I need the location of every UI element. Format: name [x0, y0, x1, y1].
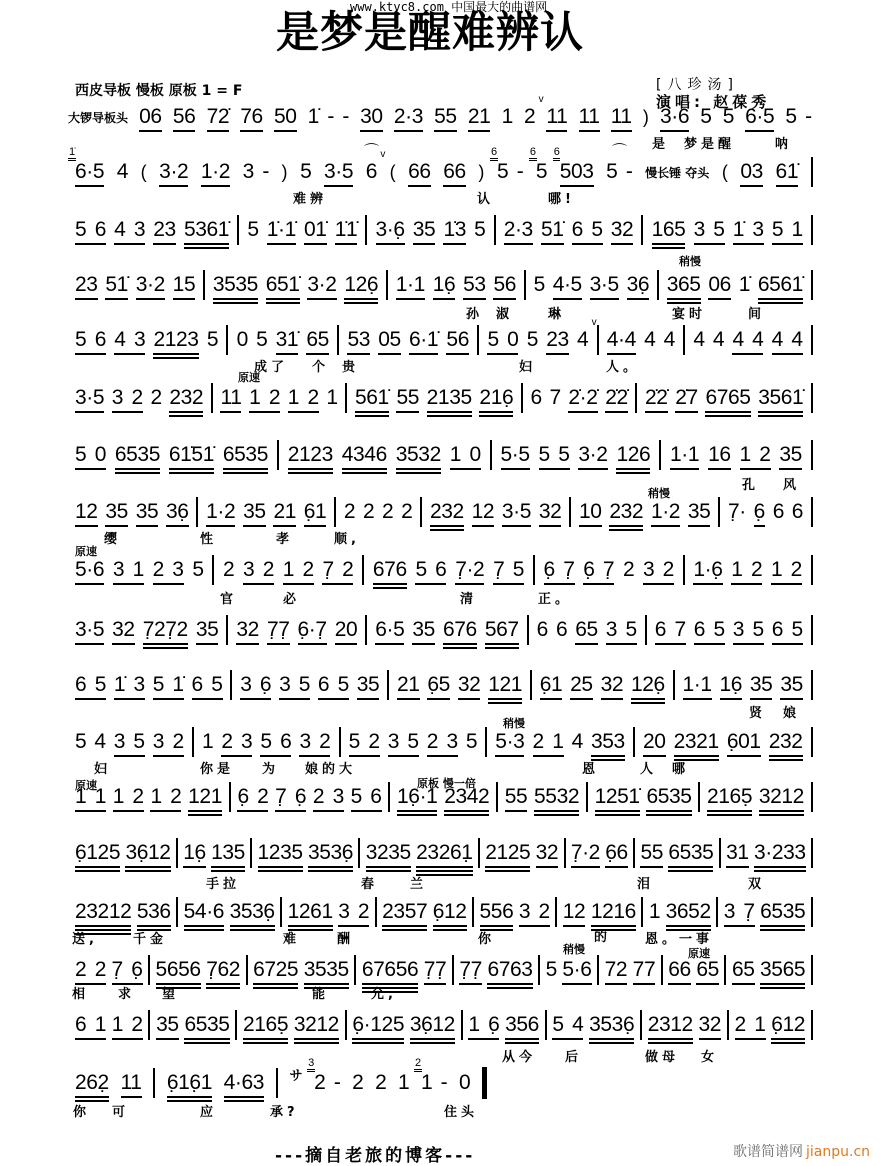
- grace-note: 3: [307, 1058, 315, 1072]
- note-text: 676: [373, 558, 407, 581]
- note-group: 6̣1: [540, 673, 563, 698]
- note-text: 6̣: [754, 500, 765, 523]
- note-group: 126: [616, 443, 650, 468]
- note-group: 7̣ 6̣: [275, 785, 306, 810]
- note-group: 1 2: [771, 558, 802, 583]
- note-group: 23212: [75, 900, 131, 925]
- note-group: 32: [236, 618, 259, 643]
- note-text: 6̣12: [433, 900, 467, 923]
- note-text: 1̇·1̇: [267, 218, 296, 241]
- note-text: 5: [536, 160, 547, 183]
- note-group: 3 5: [733, 618, 764, 643]
- note-text: 3·2: [307, 273, 336, 296]
- note-group: 5: [300, 160, 311, 185]
- note-text: 6 5: [318, 673, 349, 696]
- lyric-syllable: 是: [652, 137, 669, 153]
- note-group: 6̣1: [304, 500, 327, 525]
- staff-line-2: 6·51̇4(3·21·23 -)53·56⌒v(6666)5 -6565036…: [75, 156, 813, 188]
- staff-line-11: 6 51̇ 35 1̇6 53 6̣3 56 535216̣5321216̣12…: [75, 669, 813, 701]
- note-group: 7̣·: [728, 500, 746, 525]
- note-group: 32: [611, 218, 634, 243]
- note-group: 65: [306, 328, 329, 353]
- note-text: 50: [274, 105, 297, 128]
- note-text: 6: [366, 160, 377, 183]
- bar-line: [211, 383, 213, 413]
- note-group: 2357: [382, 900, 427, 925]
- note-group: 6̣6: [605, 841, 628, 866]
- note-group: 6: [531, 386, 542, 411]
- note-text: 2 3: [153, 558, 184, 581]
- staff-line-5: 5 64 3212350531̇6553056·1̇565 05234v4·44…: [75, 324, 813, 356]
- note-group: 3536̣: [230, 900, 275, 925]
- lyric-syllable: 哪: [672, 762, 689, 778]
- note-group: 1: [326, 386, 337, 411]
- note-text: 503: [560, 160, 594, 183]
- note-text: 35: [196, 618, 219, 641]
- note-text: 6̣·7̣: [298, 618, 327, 641]
- note-group: 561̇: [355, 386, 389, 411]
- note-group: 6725: [253, 958, 298, 983]
- note-text: 4: [94, 730, 105, 753]
- bar-line: [148, 1010, 150, 1040]
- note-group: 6·1̇: [409, 328, 438, 353]
- note-text: 4: [577, 328, 588, 351]
- note-group: 25: [570, 673, 593, 698]
- note-group: 51̇: [105, 273, 128, 298]
- note-group: 65: [732, 958, 755, 983]
- note-text: 1̇ - -: [308, 105, 349, 128]
- grace-note: 1̇: [68, 147, 76, 161]
- note-group: 7̣·2: [571, 841, 600, 866]
- note-text: 61̇51̇: [169, 443, 214, 466]
- note-text: 15: [173, 273, 196, 296]
- note-text: 5 1̇: [153, 673, 184, 696]
- note-text: 6·5: [75, 160, 104, 183]
- bar-line: [494, 215, 496, 245]
- lyric-syllable: 人。: [606, 360, 640, 376]
- note-group: 2165̣: [243, 1013, 288, 1038]
- tempo-key-signature: 西皮导板 慢板 原板 1 = F: [75, 80, 242, 100]
- note-text: 3 5: [733, 618, 764, 641]
- note-group: 67656: [362, 958, 418, 983]
- bar-line: [192, 727, 194, 757]
- lyric-syllable: 相: [72, 987, 89, 1003]
- note-text: 2̇2̇: [605, 386, 628, 409]
- note-text: 5: [256, 328, 267, 351]
- note-text: 11: [579, 105, 600, 128]
- note-text: 6 7: [655, 618, 686, 641]
- note-group: 6: [537, 618, 548, 643]
- note-text: 4 3: [114, 218, 145, 241]
- bar-line: [229, 782, 231, 812]
- note-group: 3 2: [338, 900, 369, 925]
- note-group: 3·5: [75, 618, 104, 643]
- note-text: 56: [173, 105, 196, 128]
- note-text: 3536̣: [230, 900, 275, 923]
- note-text: 6535: [760, 900, 805, 923]
- note-text: 5: [534, 273, 545, 296]
- note-text: 16̣: [183, 841, 206, 864]
- note-text: 5: [192, 558, 203, 581]
- note-text: 1·1: [683, 673, 712, 696]
- lyrics-row-18: 你可应承?住头: [0, 1105, 882, 1123]
- note-text: 3 2: [643, 558, 674, 581]
- note-group: 3·5: [590, 273, 619, 298]
- note-group: 7̣27̣2: [143, 618, 188, 643]
- note-text: 1: [649, 900, 660, 923]
- note-text: 5 4: [552, 1013, 583, 1036]
- note-group: 6̣12: [433, 900, 467, 925]
- note-group: 12: [472, 500, 495, 525]
- note-group: 5: [546, 958, 557, 983]
- bar-line: [659, 440, 661, 470]
- note-text: 6·5: [745, 105, 774, 128]
- note-text: 5 6: [75, 328, 106, 351]
- note-group: 5532: [534, 785, 579, 810]
- lyric-syllable: 你: [73, 1105, 90, 1121]
- note-group: 165: [652, 218, 686, 243]
- note-group: 2 3: [153, 558, 184, 583]
- note-group: 2: [344, 500, 355, 525]
- note-text: 5: [474, 218, 485, 241]
- note-group: 50: [274, 105, 297, 130]
- lyrics-row-16: 相求望能允,: [0, 987, 882, 1005]
- bar-line: [276, 1068, 278, 1098]
- note-group: 6535: [115, 443, 160, 468]
- note-text: 21: [468, 105, 491, 128]
- note-group: 2312: [648, 1013, 693, 1038]
- note-text: 2321: [674, 730, 719, 753]
- note-group: 4: [693, 328, 704, 353]
- note-text: 3·5: [75, 386, 104, 409]
- note-text: 1 1: [75, 785, 106, 808]
- note-text: 6725: [253, 958, 298, 981]
- note-group: 4 3: [114, 218, 145, 243]
- note-group: 72: [605, 958, 628, 983]
- lyric-syllable: 兰: [410, 877, 427, 893]
- note-group: 6 5: [75, 673, 106, 698]
- note-text: 2 2: [75, 958, 106, 981]
- note-text: 6: [773, 500, 784, 523]
- note-text: 7̣ 5: [493, 558, 524, 581]
- bar-line: [461, 1010, 463, 1040]
- note-text: 121: [188, 785, 222, 808]
- note-group: 5·6: [75, 558, 104, 583]
- note-group: 5: [75, 730, 86, 755]
- note-text: 3235: [366, 841, 411, 864]
- lyric-syllable: 后: [565, 1050, 582, 1066]
- note-group: 2·3: [504, 218, 533, 243]
- bar-line: [811, 157, 813, 187]
- note-group: 2: [623, 558, 634, 583]
- note-text: 1 2: [112, 1013, 143, 1036]
- note-text: 31: [726, 841, 749, 864]
- note-group: 0: [237, 328, 248, 353]
- note-group: 6 5: [694, 618, 725, 643]
- note-group: 5 6: [415, 558, 446, 583]
- annotation: サ: [289, 1065, 302, 1084]
- note-text: 232: [169, 386, 203, 409]
- note-group: 121: [488, 673, 522, 698]
- note-text: 6̣ 2: [237, 785, 268, 808]
- note-text: 25: [570, 673, 593, 696]
- note-group: 1 2: [150, 785, 181, 810]
- note-text: 7̣·2: [571, 841, 600, 864]
- note-text: 135: [211, 841, 245, 864]
- bar-line: [727, 1010, 729, 1040]
- note-text: 66: [443, 160, 466, 183]
- note-group: 3535: [304, 958, 349, 983]
- note-group: 2: [150, 386, 161, 411]
- note-group: 3 5: [279, 673, 310, 698]
- note-group: 5 -6: [497, 160, 523, 185]
- note-text: 3·5: [502, 500, 531, 523]
- note-text: 5·3: [495, 730, 524, 753]
- bar-line: [640, 1010, 642, 1040]
- note-text: 4·4: [607, 328, 636, 351]
- lyric-syllable: 缨: [104, 532, 121, 548]
- note-group: 65: [696, 958, 719, 983]
- note-group: 30: [360, 105, 383, 130]
- lyric-syllable: 性: [200, 532, 217, 548]
- note-text: 35: [780, 673, 803, 696]
- bar-line: [698, 782, 700, 812]
- note-text: 3 5: [606, 618, 637, 641]
- note-text: 5: [207, 328, 218, 351]
- note-group: 5·5: [501, 443, 530, 468]
- note-group: 7̣62: [206, 958, 240, 983]
- lyric-syllable: 做母: [645, 1050, 679, 1066]
- note-group: 3532: [396, 443, 441, 468]
- note-group: 2 1: [735, 1013, 766, 1038]
- note-group: 1261: [288, 900, 333, 925]
- note-text: 36̣12: [125, 841, 170, 864]
- note-text: 1: [502, 105, 513, 128]
- bar-line: [153, 1068, 155, 1098]
- note-text: 3 2: [153, 730, 184, 753]
- note-text: 20: [643, 730, 666, 753]
- note-group: 3 2: [643, 558, 674, 583]
- note-text: 3 2: [338, 900, 369, 923]
- note-group: 56: [173, 105, 196, 130]
- note-text: 20: [335, 618, 358, 641]
- note-text: 72̇: [207, 105, 230, 128]
- annotation: 大锣导板头: [68, 109, 128, 126]
- note-text: 6765: [705, 386, 750, 409]
- note-group: 5 2: [349, 730, 380, 755]
- bar-line: [673, 670, 675, 700]
- note-group: 16̣·1: [397, 785, 437, 810]
- note-group: 72̇: [207, 105, 230, 130]
- note-group: 5 4: [552, 1013, 583, 1038]
- annotation: 慢长锤 夺头: [645, 164, 709, 181]
- note-group: 61̇51̇: [169, 443, 214, 468]
- staff-line-12: 543 53 212 35 63 25 23 52 355·32 1435320…: [75, 726, 813, 758]
- note-text: 3 7̣: [724, 900, 755, 923]
- note-group: 1 2: [740, 443, 771, 468]
- note-text: 1̇3: [443, 218, 466, 241]
- note-group: 4·5: [553, 273, 582, 298]
- note-text: 3·6̣: [376, 218, 405, 241]
- breath-mark-icon: v: [592, 318, 597, 328]
- bar-line: [811, 897, 813, 927]
- staff-line-16: 2 27̣ 6̣56567̣6267253535676567̣7̣7̣7̣676…: [75, 954, 813, 986]
- note-text: 6̣125: [75, 841, 120, 864]
- note-group: 65: [575, 618, 598, 643]
- note-group: 23: [75, 273, 98, 298]
- note-group: 232: [430, 500, 464, 525]
- note-text: 5 5: [539, 443, 570, 466]
- note-text: 6535: [668, 841, 713, 864]
- note-group: 6535: [668, 841, 713, 866]
- note-group: 6̣·7̣: [298, 618, 327, 643]
- lyric-syllable: 妇: [94, 762, 111, 778]
- note-text: 12: [75, 500, 98, 523]
- lyrics-row-17: 从今后做母女: [0, 1050, 882, 1068]
- note-text: 3 5: [114, 730, 145, 753]
- note-text: 1 -: [421, 1071, 447, 1094]
- note-group: 2̇2̇: [645, 386, 668, 411]
- note-group: 6: [773, 500, 784, 525]
- note-group: 2 1: [533, 730, 564, 755]
- note-text: 6: [792, 500, 803, 523]
- note-text: 7̣·2: [455, 558, 484, 581]
- note-group: 3·5: [324, 160, 353, 185]
- note-text: 1 6̣: [468, 1013, 499, 1036]
- note-group: 32: [601, 673, 624, 698]
- note-group: 3 2: [519, 900, 550, 925]
- note-group: 1·6̣: [693, 558, 722, 583]
- bar-line: [337, 325, 339, 355]
- bar-line: [641, 897, 643, 927]
- note-text: 6̣5: [427, 673, 450, 696]
- note-group: 4 4: [772, 328, 803, 353]
- note-group: 2125: [485, 841, 530, 866]
- bar-line: [496, 782, 498, 812]
- bar-line: [811, 727, 813, 757]
- fermata-icon: ⌒: [364, 144, 379, 159]
- note-group: 77: [633, 958, 656, 983]
- note-group: 7̣ 6̣: [112, 958, 143, 983]
- lyric-syllable: 泪: [637, 877, 654, 893]
- note-group: 21: [273, 500, 296, 525]
- note-text: 2125: [485, 841, 530, 864]
- note-group: 232: [769, 730, 803, 755]
- note-group: 3 2: [153, 730, 184, 755]
- note-group: 216̣: [479, 386, 513, 411]
- note-text: 3·5: [324, 160, 353, 183]
- lyric-syllable: 认: [477, 192, 494, 208]
- note-group: 3 2: [112, 386, 143, 411]
- note-text: 1·2: [201, 160, 230, 183]
- note-group: 35: [357, 673, 380, 698]
- note-text: 32: [112, 618, 135, 641]
- note-text: 1·2: [206, 500, 235, 523]
- note-text: 35: [243, 500, 266, 523]
- note-text: 1 2: [731, 558, 762, 581]
- note-text: 3 1: [113, 558, 144, 581]
- note-group: 5 -⌒: [606, 160, 632, 185]
- bar-line: [477, 325, 479, 355]
- note-group: 5: [700, 105, 711, 130]
- lyric-syllable: 顺,: [334, 532, 360, 548]
- note-text: 676: [443, 618, 477, 641]
- lyric-syllable: 女: [701, 1050, 718, 1066]
- lyric-syllable: 你: [478, 932, 495, 948]
- note-group: 567: [485, 618, 519, 643]
- note-group: 4: [117, 160, 128, 185]
- note-group: 356: [505, 1013, 539, 1038]
- note-group: 1·1: [683, 673, 712, 698]
- bar-line: [280, 897, 282, 927]
- grace-note: 6: [490, 147, 498, 161]
- note-text: 16: [708, 443, 731, 466]
- note-group: 232: [609, 500, 643, 525]
- note-text: 2·3: [394, 105, 423, 128]
- note-text: 65: [575, 618, 598, 641]
- bar-line: [597, 955, 599, 985]
- note-group: 32: [112, 618, 135, 643]
- note-text: 7̣7̣: [267, 618, 290, 641]
- note-text: 6 5: [192, 673, 223, 696]
- note-text: 4·5: [553, 273, 582, 296]
- note-text: 23: [546, 328, 569, 351]
- lyrics-row-5: 原速成了个贵妇人。: [0, 360, 882, 378]
- note-text: 5 -: [785, 105, 811, 128]
- note-group: 2 3: [313, 785, 344, 810]
- bar-line: [226, 615, 228, 645]
- note-group: 1̇1̇: [335, 218, 358, 243]
- note-text: 5 0: [75, 443, 106, 466]
- note-group: 6·5: [745, 105, 774, 130]
- note-group: 6 5: [318, 673, 349, 698]
- note-group: 6 7: [655, 618, 686, 643]
- lyric-syllable: 孙: [466, 307, 483, 323]
- note-text: 2: [375, 1071, 386, 1094]
- note-text: 6: [556, 618, 567, 641]
- bar-line: [334, 497, 336, 527]
- note-group: 55: [505, 785, 528, 810]
- lyric-syllable: 成了: [254, 360, 288, 376]
- bar-line: [683, 555, 685, 585]
- lyric-syllable: 琳: [548, 307, 565, 323]
- note-group: 262̣: [75, 1071, 109, 1096]
- note-text: 3 -: [243, 160, 269, 183]
- note-text: 65: [732, 958, 755, 981]
- note-group: 3 6̣: [240, 673, 271, 698]
- parenthesis: (: [390, 160, 396, 184]
- note-group: 12: [75, 500, 98, 525]
- note-text: 3535: [304, 958, 349, 981]
- bar-line: [345, 1010, 347, 1040]
- bar-line: [250, 838, 252, 868]
- note-text: 3·2: [578, 443, 607, 466]
- bar-line: [176, 838, 178, 868]
- note-group: 7̣·2: [455, 558, 484, 583]
- note-group: 01̇: [304, 218, 327, 243]
- lyric-syllable: 送,: [72, 932, 98, 948]
- sheet-music-page: www.ktvc8.com 中国最大的曲谱网 是梦是醒难辨认 西皮导板 慢板 原…: [0, 0, 882, 1166]
- lyric-syllable: 孝: [276, 532, 293, 548]
- lyric-syllable: 双: [748, 877, 765, 893]
- note-text: 32: [539, 500, 562, 523]
- note-group: 3·6: [660, 105, 689, 130]
- note-group: 32: [536, 841, 559, 866]
- bar-line: [235, 1010, 237, 1040]
- bar-line: [811, 440, 813, 470]
- note-text: 365: [667, 273, 701, 296]
- note-group: 5 5: [539, 443, 570, 468]
